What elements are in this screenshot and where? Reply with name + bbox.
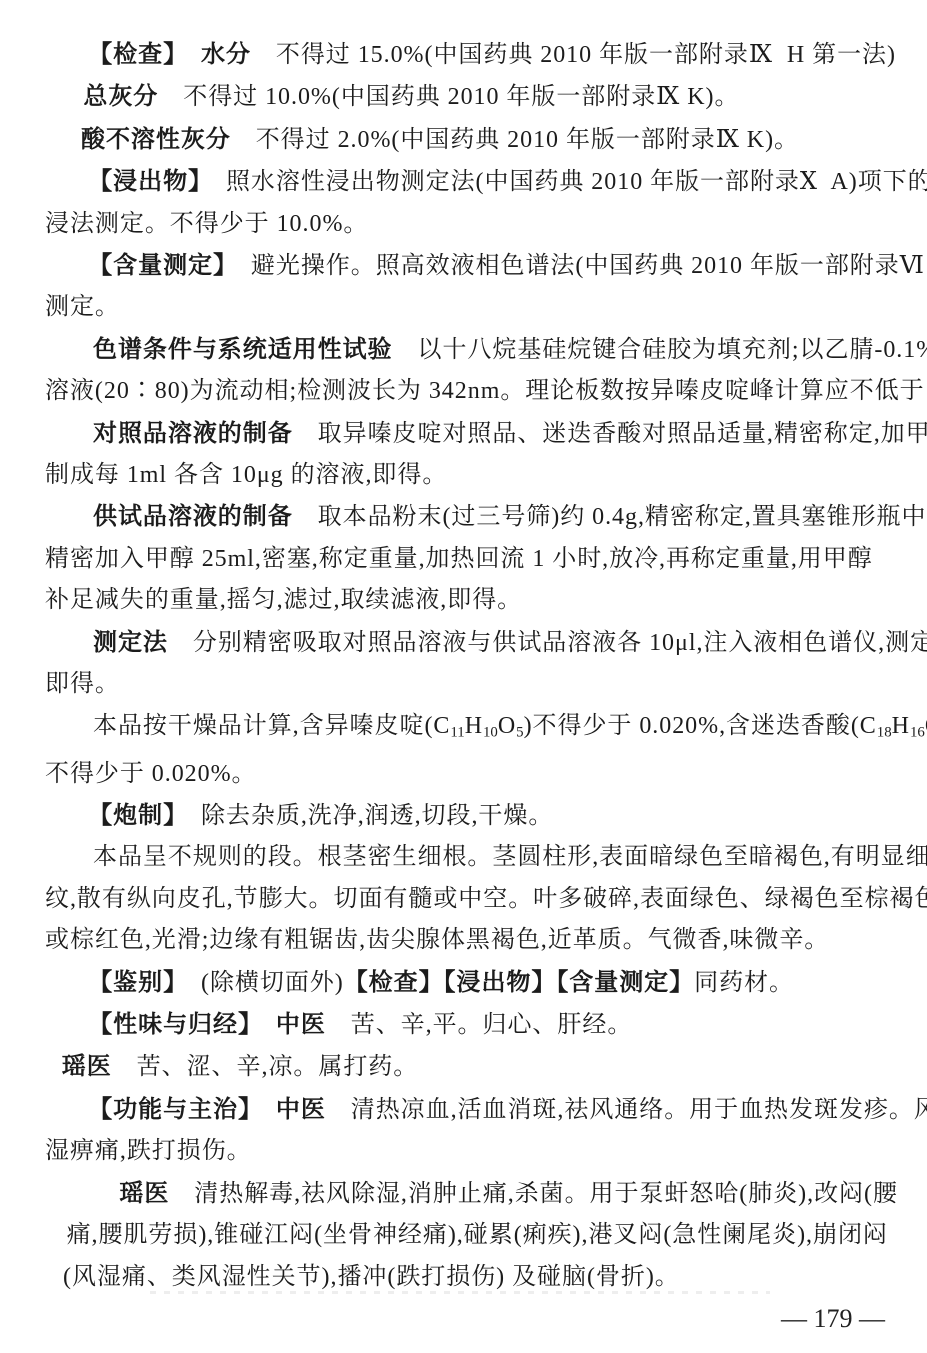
heading-text: 【功能与主治】 中医 bbox=[88, 1096, 326, 1123]
text-line: 本品按干燥品计算,含异嗪皮啶(C11H10O5)不得少于 0.020%,含迷迭香… bbox=[45, 706, 903, 754]
body-text: (风湿痛、类风湿性关节),播冲(跌打损伤) 及碰脑(骨折)。 bbox=[63, 1264, 680, 1290]
text-line: 纹,散有纵向皮孔,节膨大。切面有髓或中空。叶多破碎,表面绿色、绿褐色至棕褐色 bbox=[45, 879, 903, 920]
body-text: O bbox=[498, 713, 516, 739]
body-text: 清热凉血,活血消斑,祛风通络。用于血热发斑发疹。风 bbox=[326, 1097, 927, 1123]
body-text: 纹,散有纵向皮孔,节膨大。切面有髓或中空。叶多破碎,表面绿色、绿褐色至棕褐色 bbox=[45, 886, 927, 912]
heading-text: 【炮制】 bbox=[88, 802, 176, 829]
text-line: 测定法 分别精密吸取对照品溶液与供试品溶液各 10μl,注入液相色谱仪,测定, bbox=[45, 622, 903, 664]
text-line: 测定。 bbox=[45, 287, 903, 328]
text-line: 对照品溶液的制备 取异嗪皮啶对照品、迷迭香酸对照品适量,精密称定,加甲醇 bbox=[45, 413, 903, 455]
body-text: 浸法测定。不得少于 10.0%。 bbox=[45, 211, 368, 237]
heading-text: 【含量测定】 bbox=[88, 252, 226, 279]
text-line: 瑶医 清热解毒,祛风除湿,消肿止痛,杀菌。用于泵虷怒哈(肺炎),改闷(腰 bbox=[45, 1173, 903, 1215]
text-line: 不得少于 0.020%。 bbox=[45, 754, 903, 795]
text-line: 【鉴别】 (除横切面外)【检查】【浸出物】【含量测定】同药材。 bbox=[45, 962, 903, 1004]
text-line: 痛,腰肌劳损),锥碰江闷(坐骨神经痛),碰累(痢疾),港叉闷(急性阑尾炎),崩闭… bbox=[45, 1215, 903, 1256]
heading-text: 【检查】【浸出物】【含量测定】 bbox=[344, 969, 694, 996]
body-text: 精密加入甲醇 25ml,密塞,称定重量,加热回流 1 小时,放冷,再称定重量,用… bbox=[45, 546, 873, 572]
text-line: 湿痹痛,跌打损伤。 bbox=[45, 1131, 903, 1172]
document-page: 【检查】 水分 不得过 15.0%(中国药典 2010 年版一部附录Ⅸ H 第一… bbox=[0, 0, 927, 1353]
body-text: 不得过 15.0%(中国药典 2010 年版一部附录Ⅸ H 第一法) bbox=[251, 42, 896, 68]
text-line: 本品呈不规则的段。根茎密生细根。茎圆柱形,表面暗绿色至暗褐色,有明显细纵 bbox=[45, 837, 903, 878]
text-line: 【炮制】 除去杂质,洗净,润透,切段,干燥。 bbox=[45, 795, 903, 837]
body-text: 以十八烷基硅烷键合硅胶为填充剂;以乙腈-0.1%磷酸 bbox=[393, 337, 927, 363]
heading-text: 对照品溶液的制备 bbox=[93, 420, 293, 447]
body-text: 溶液(20∶80)为流动相;检测波长为 342nm。理论板数按异嗪皮啶峰计算应不… bbox=[45, 378, 927, 404]
body-text: 补足减失的重量,摇匀,滤过,取续滤液,即得。 bbox=[45, 587, 522, 613]
body-text: 不得过 2.0%(中国药典 2010 年版一部附录Ⅸ K)。 bbox=[231, 127, 799, 153]
heading-text: 【鉴别】 bbox=[88, 969, 176, 996]
body-text: 或棕红色,光滑;边缘有粗锯齿,齿尖腺体黑褐色,近革质。气微香,味微辛。 bbox=[45, 927, 829, 953]
body-text: 取本品粉末(过三号筛)约 0.4g,精密称定,置具塞锥形瓶中, bbox=[293, 504, 927, 530]
subscript-text: 5 bbox=[516, 724, 523, 740]
heading-text: 总灰分 bbox=[83, 83, 158, 110]
subscript-text: 16 bbox=[910, 724, 925, 740]
body-text: 苦、涩、辛,凉。属打药。 bbox=[112, 1054, 418, 1080]
body-text: H bbox=[892, 713, 910, 739]
body-text: 避光操作。照高效液相色谱法(中国药典 2010 年版一部附录Ⅵ D) bbox=[226, 253, 927, 279]
text-line: 供试品溶液的制备 取本品粉末(过三号筛)约 0.4g,精密称定,置具塞锥形瓶中, bbox=[45, 496, 903, 538]
text-line: 【功能与主治】 中医 清热凉血,活血消斑,祛风通络。用于血热发斑发疹。风 bbox=[45, 1089, 903, 1131]
body-text: 清热解毒,祛风除湿,消肿止痛,杀菌。用于泵虷怒哈(肺炎),改闷(腰 bbox=[169, 1181, 898, 1207]
text-line: 浸法测定。不得少于 10.0%。 bbox=[45, 204, 903, 245]
heading-text: 酸不溶性灰分 bbox=[81, 126, 231, 153]
body-text: 本品按干燥品计算,含异嗪皮啶(C bbox=[93, 713, 450, 739]
heading-text: 【性味与归经】 中医 bbox=[88, 1011, 326, 1038]
heading-text: 测定法 bbox=[93, 629, 168, 656]
body-text: 制成每 1ml 各含 10μg 的溶液,即得。 bbox=[45, 462, 447, 488]
body-text: 本品呈不规则的段。根茎密生细根。茎圆柱形,表面暗绿色至暗褐色,有明显细纵 bbox=[93, 844, 927, 870]
text-line: 【检查】 水分 不得过 15.0%(中国药典 2010 年版一部附录Ⅸ H 第一… bbox=[45, 34, 903, 76]
body-text: H bbox=[465, 713, 483, 739]
heading-text: 【检查】 水分 bbox=[88, 41, 251, 68]
body-text: 苦、辛,平。归心、肝经。 bbox=[326, 1012, 632, 1038]
body-text: 取异嗪皮啶对照品、迷迭香酸对照品适量,精密称定,加甲醇 bbox=[293, 421, 927, 447]
text-line: 酸不溶性灰分 不得过 2.0%(中国药典 2010 年版一部附录Ⅸ K)。 bbox=[45, 119, 903, 161]
heading-text: 瑶医 bbox=[62, 1053, 112, 1080]
heading-text: 供试品溶液的制备 bbox=[93, 503, 293, 530]
text-line: 色谱条件与系统适用性试验 以十八烷基硅烷键合硅胶为填充剂;以乙腈-0.1%磷酸 bbox=[45, 329, 903, 371]
heading-text: 【浸出物】 bbox=[88, 168, 201, 195]
heading-text: 瑶医 bbox=[119, 1180, 169, 1207]
body-text: 照水溶性浸出物测定法(中国药典 2010 年版一部附录Ⅹ A)项下的热 bbox=[201, 169, 927, 195]
body-text: )不得少于 0.020%,含迷迭香酸(C bbox=[524, 713, 877, 739]
text-line: 制成每 1ml 各含 10μg 的溶液,即得。 bbox=[45, 455, 903, 496]
body-text: 即得。 bbox=[45, 671, 120, 697]
scan-artifact bbox=[150, 1291, 770, 1294]
body-text: 同药材。 bbox=[694, 970, 794, 996]
page-number: — 179 — bbox=[0, 1302, 927, 1336]
text-line: 【浸出物】 照水溶性浸出物测定法(中国药典 2010 年版一部附录Ⅹ A)项下的… bbox=[45, 161, 903, 203]
text-line: 精密加入甲醇 25ml,密塞,称定重量,加热回流 1 小时,放冷,再称定重量,用… bbox=[45, 539, 903, 580]
body-text: 分别精密吸取对照品溶液与供试品溶液各 10μl,注入液相色谱仪,测定, bbox=[168, 630, 927, 656]
text-line: 或棕红色,光滑;边缘有粗锯齿,齿尖腺体黑褐色,近革质。气微香,味微辛。 bbox=[45, 920, 903, 961]
text-line: 瑶医 苦、涩、辛,凉。属打药。 bbox=[45, 1046, 903, 1088]
subscript-text: 11 bbox=[450, 724, 464, 740]
body-text: 除去杂质,洗净,润透,切段,干燥。 bbox=[176, 803, 553, 829]
text-line: 总灰分 不得过 10.0%(中国药典 2010 年版一部附录Ⅸ K)。 bbox=[45, 76, 903, 118]
body-text: 测定。 bbox=[45, 294, 120, 320]
body-text: (除横切面外) bbox=[176, 970, 344, 996]
document-body: 【检查】 水分 不得过 15.0%(中国药典 2010 年版一部附录Ⅸ H 第一… bbox=[0, 0, 927, 1298]
text-line: 【含量测定】 避光操作。照高效液相色谱法(中国药典 2010 年版一部附录Ⅵ D… bbox=[45, 245, 903, 287]
text-line: 溶液(20∶80)为流动相;检测波长为 342nm。理论板数按异嗪皮啶峰计算应不… bbox=[45, 371, 903, 412]
subscript-text: 18 bbox=[877, 724, 892, 740]
text-line: 即得。 bbox=[45, 664, 903, 705]
text-line: 【性味与归经】 中医 苦、辛,平。归心、肝经。 bbox=[45, 1004, 903, 1046]
text-line: 补足减失的重量,摇匀,滤过,取续滤液,即得。 bbox=[45, 580, 903, 621]
body-text: 湿痹痛,跌打损伤。 bbox=[45, 1138, 252, 1164]
body-text: 痛,腰肌劳损),锥碰江闷(坐骨神经痛),碰累(痢疾),港叉闷(急性阑尾炎),崩闭… bbox=[67, 1222, 888, 1248]
heading-text: 色谱条件与系统适用性试验 bbox=[93, 336, 393, 363]
body-text: 不得过 10.0%(中国药典 2010 年版一部附录Ⅸ K)。 bbox=[158, 84, 739, 110]
body-text: 不得少于 0.020%。 bbox=[45, 761, 257, 787]
subscript-text: 10 bbox=[483, 724, 498, 740]
